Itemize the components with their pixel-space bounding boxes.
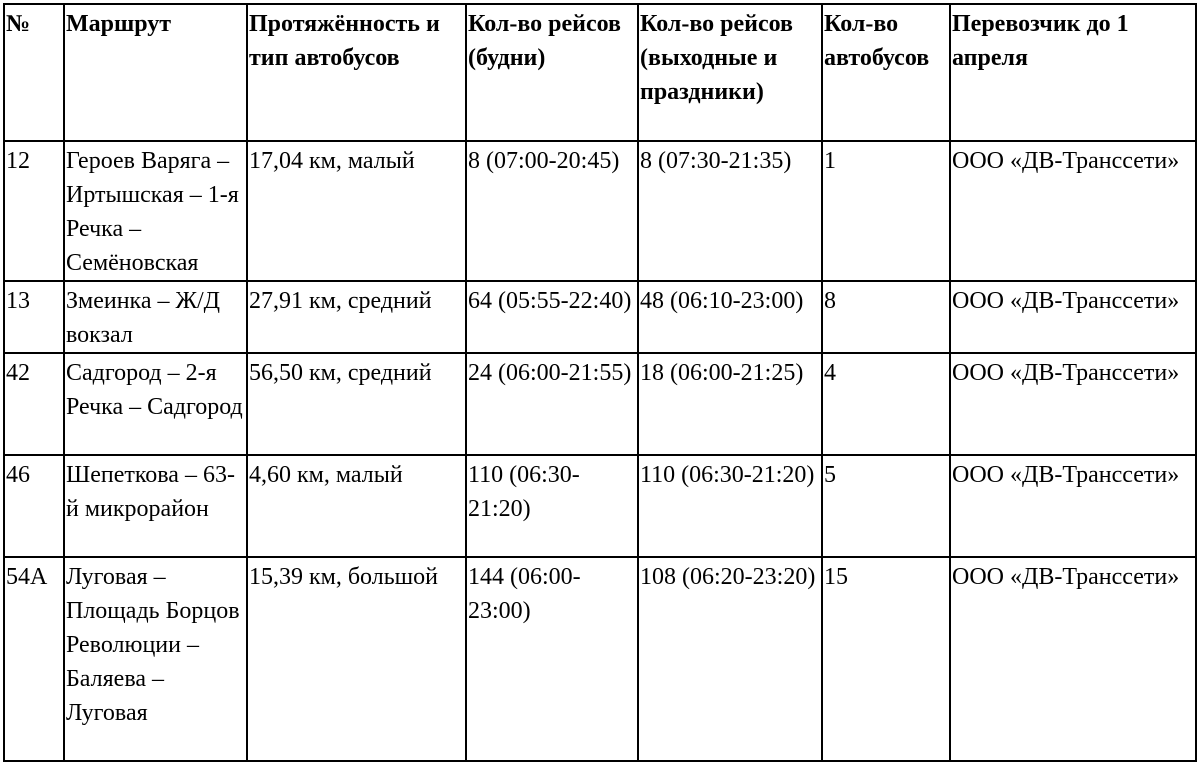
cell-trips-weekdays: 8 (07:00-20:45) <box>466 141 638 281</box>
cell-number: 42 <box>4 353 64 455</box>
cell-carrier: ООО «ДВ-Транссети» <box>950 557 1196 753</box>
cell-route: Луговая – Площадь Борцов Революции – Бал… <box>64 557 247 753</box>
routes-table-container: № Маршрут Протяжённость и тип автобусов … <box>3 3 1197 753</box>
cell-buses: 5 <box>822 455 950 557</box>
table-row: 46 Шепеткова – 63-й микрорайон 4,60 км, … <box>4 455 1196 557</box>
table-row: 13 Змеинка – Ж/Д вокзал 27,91 км, средни… <box>4 281 1196 353</box>
table-row: 54А Луговая – Площадь Борцов Революции –… <box>4 557 1196 753</box>
cell-trips-weekends: 18 (06:00-21:25) <box>638 353 822 455</box>
table-header-row: № Маршрут Протяжённость и тип автобусов … <box>4 4 1196 141</box>
cell-route: Шепеткова – 63-й микрорайон <box>64 455 247 557</box>
cell-trips-weekends: 8 (07:30-21:35) <box>638 141 822 281</box>
header-length-type: Протяжённость и тип автобусов <box>247 4 466 141</box>
cell-route: Змеинка – Ж/Д вокзал <box>64 281 247 353</box>
cell-buses: 15 <box>822 557 950 753</box>
header-carrier: Перевозчик до 1 апреля <box>950 4 1196 141</box>
cell-carrier: ООО «ДВ-Транссети» <box>950 455 1196 557</box>
cell-carrier: ООО «ДВ-Транссети» <box>950 353 1196 455</box>
cell-trips-weekdays: 144 (06:00-23:00) <box>466 557 638 753</box>
cell-trips-weekends: 110 (06:30-21:20) <box>638 455 822 557</box>
cell-buses: 1 <box>822 141 950 281</box>
header-trips-weekends: Кол-во рейсов (выходные и праздники) <box>638 4 822 141</box>
header-trips-weekdays: Кол-во рейсов (будни) <box>466 4 638 141</box>
header-number: № <box>4 4 64 141</box>
cell-number: 54А <box>4 557 64 753</box>
cell-length-type: 15,39 км, большой <box>247 557 466 753</box>
cell-trips-weekends: 48 (06:10-23:00) <box>638 281 822 353</box>
cell-buses: 8 <box>822 281 950 353</box>
table-row: 42 Садгород – 2-я Речка – Садгород 56,50… <box>4 353 1196 455</box>
cell-trips-weekdays: 110 (06:30-21:20) <box>466 455 638 557</box>
cell-length-type: 27,91 км, средний <box>247 281 466 353</box>
cell-trips-weekdays: 24 (06:00-21:55) <box>466 353 638 455</box>
cell-number: 13 <box>4 281 64 353</box>
routes-table: № Маршрут Протяжённость и тип автобусов … <box>3 3 1197 753</box>
cell-route: Героев Варяга – Иртышская – 1-я Речка – … <box>64 141 247 281</box>
table-row: 12 Героев Варяга – Иртышская – 1-я Речка… <box>4 141 1196 281</box>
cell-trips-weekends: 108 (06:20-23:20) <box>638 557 822 753</box>
header-route: Маршрут <box>64 4 247 141</box>
cell-number: 46 <box>4 455 64 557</box>
cell-route: Садгород – 2-я Речка – Садгород <box>64 353 247 455</box>
cell-carrier: ООО «ДВ-Транссети» <box>950 281 1196 353</box>
header-buses: Кол-во автобусов <box>822 4 950 141</box>
cell-carrier: ООО «ДВ-Транссети» <box>950 141 1196 281</box>
cell-buses: 4 <box>822 353 950 455</box>
cell-length-type: 56,50 км, средний <box>247 353 466 455</box>
cell-trips-weekdays: 64 (05:55-22:40) <box>466 281 638 353</box>
cell-number: 12 <box>4 141 64 281</box>
cell-length-type: 17,04 км, малый <box>247 141 466 281</box>
cell-length-type: 4,60 км, малый <box>247 455 466 557</box>
